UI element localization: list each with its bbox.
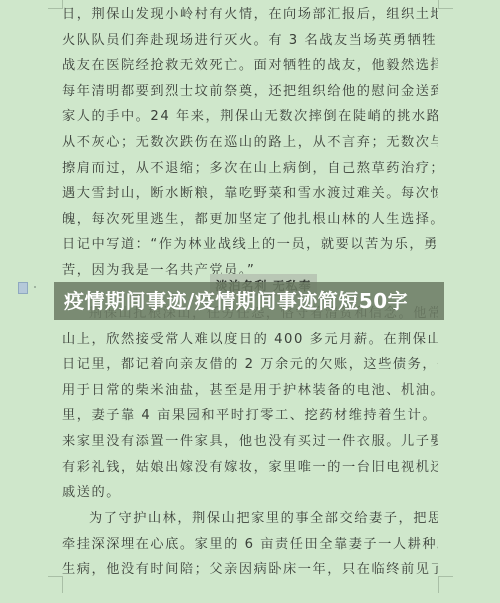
text-line: 魄，每次死里逃生，都更加坚定了他扎根山林的人生选择。他在 [62,207,438,233]
text-line: 生病，他没有时间陪；父亲因病卧床一年，只在临终前见了一面； [62,557,438,583]
paragraph-1: 日，荆保山发现小岭村有火情，在向场部汇报后，组织土地庙灭 火队队员们奔赴现场进行… [62,2,438,284]
text-line: 战友在医院经抢救无效死亡。面对牺牲的战友，他毅然选择坚强。 [62,53,438,79]
paragraph-2: 荆保山扎根深山，任劳任怨，恪守着清贫和信念。他常年在 山上，欣然接受常人难以度日… [62,301,438,506]
text-line: 戚送的。 [62,480,438,506]
page-corner-mark-top-left [48,0,63,9]
text-line: 日记里，都记着向亲友借的 2 万余元的欠账，这些债务，仅仅是 [62,352,438,378]
text-line: 有彩礼钱，姑娘出嫁没有嫁妆，家里唯一的一台旧电视机还是亲 [62,455,438,481]
paragraph-anchor-icon [18,282,28,294]
page-corner-mark-bottom-left [48,576,63,593]
text-line: 日记中写道：“作为林业战线上的一员，就要以苦为乐，勇于吃 [62,232,438,258]
paragraph-3: 为了守护山林，荆保山把家里的事全部交给妻子，把思念和 牵挂深深埋在心底。家里的 … [62,506,438,583]
paragraph-anchor-dot [34,286,36,288]
text-line: 用于日常的柴米油盐，甚至是用于护林装备的电池、机油。而家 [62,378,438,404]
text-line: 每年清明都要到烈士坟前祭奠，还把组织给他的慰问金送到烈士 [62,79,438,105]
text-line: 山上，欣然接受常人难以度日的 400 多元月薪。在荆保山的每本 [62,327,438,353]
text-line: 牵挂深深埋在心底。家里的 6 亩责任田全靠妻子一人耕种。妻子 [62,532,438,558]
document-page: 日，荆保山发现小岭村有火情，在向场部汇报后，组织土地庙灭 火队队员们奔赴现场进行… [0,0,500,603]
text-line: 家人的手中。24 年来，荆保山无数次摔倒在陡峭的挑水路上， [62,104,438,130]
text-line: 从不灰心；无数次跌伤在巡山的路上，从不言弃；无数次与死神 [62,130,438,156]
text-line: 日，荆保山发现小岭村有火情，在向场部汇报后，组织土地庙灭 [62,2,438,28]
text-line: 擦肩而过，从不退缩；多次在山上病倒，自己熬草药治疗；多次 [62,156,438,182]
page-corner-mark-top-right [438,0,453,9]
text-line: 里，妻子靠 4 亩果园和平时打零工、挖药材维持着生计。24 年 [62,403,438,429]
article-title[interactable]: 疫情期间事迹/疫情期间事迹简短50字 [64,284,408,318]
text-line: 火队队员们奔赴现场进行灭火。有 3 名战友当场英勇牺牲，一名 [62,28,438,54]
page-corner-mark-bottom-right [438,576,453,593]
text-line: 为了守护山林，荆保山把家里的事全部交给妻子，把思念和 [62,506,438,532]
text-line: 遇大雪封山，断水断粮，靠吃野菜和雪水渡过难关。每次惊魂动 [62,181,438,207]
text-line: 来家里没有添置一件家具，他也没有买过一件衣服。儿子娶亲没 [62,429,438,455]
